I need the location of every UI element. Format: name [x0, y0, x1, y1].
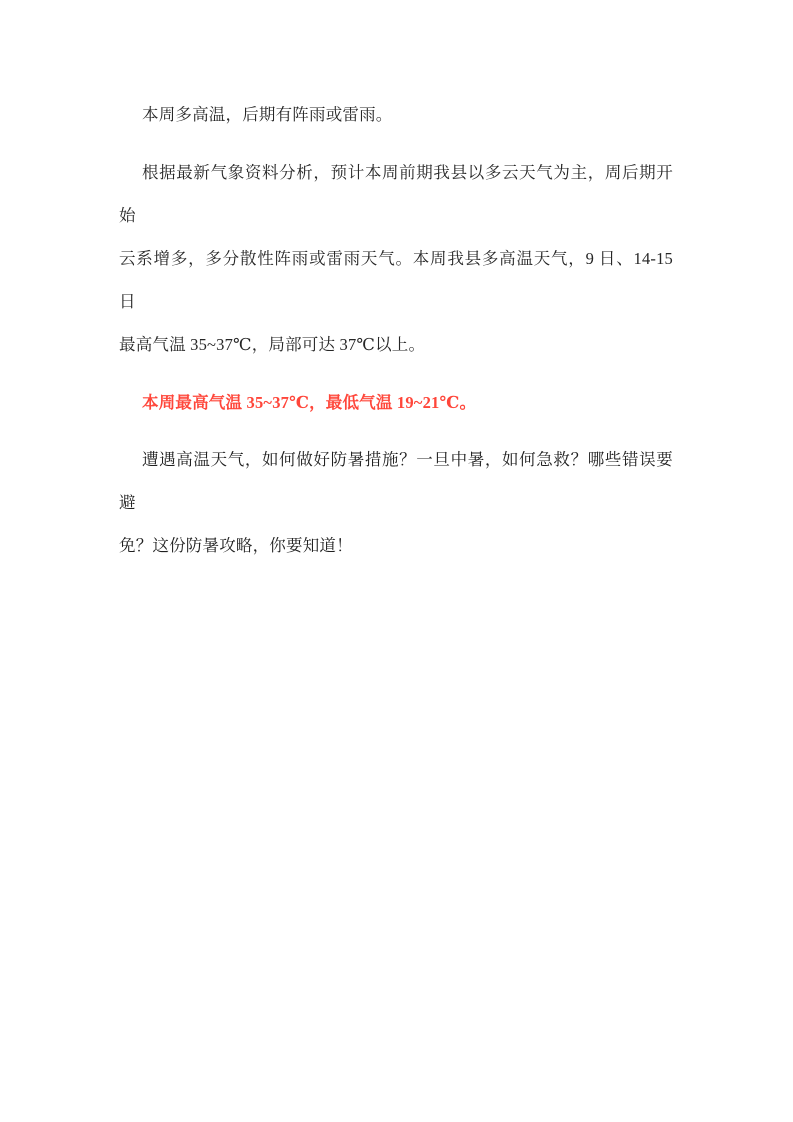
highlighted-text-line: 本周最高气温 35~37℃，最低气温 19~21℃。	[119, 381, 673, 424]
text-line: 根据最新气象资料分析，预计本周前期我县以多云天气为主，周后期开始	[119, 151, 673, 237]
document-page: 本周多高温，后期有阵雨或雷雨。 根据最新气象资料分析，预计本周前期我县以多云天气…	[0, 0, 793, 1122]
document-content: 本周多高温，后期有阵雨或雷雨。 根据最新气象资料分析，预计本周前期我县以多云天气…	[119, 93, 673, 583]
paragraph-weather-summary: 本周多高温，后期有阵雨或雷雨。	[119, 93, 673, 136]
text-line: 最高气温 35~37℃，局部可达 37℃以上。	[119, 323, 673, 366]
text-line: 云系增多，多分散性阵雨或雷雨天气。本周我县多高温天气，9 日、14-15 日	[119, 237, 673, 323]
paragraph-forecast-detail: 根据最新气象资料分析，预计本周前期我县以多云天气为主，周后期开始 云系增多，多分…	[119, 151, 673, 366]
text-line: 免？这份防暑攻略，你要知道！	[119, 525, 673, 568]
paragraph-heat-prevention-intro: 遭遇高温天气，如何做好防暑措施？一旦中暑，如何急救？哪些错误要避 免？这份防暑攻…	[119, 439, 673, 568]
paragraph-temperature-highlight: 本周最高气温 35~37℃，最低气温 19~21℃。	[119, 381, 673, 424]
text-line: 本周多高温，后期有阵雨或雷雨。	[119, 93, 673, 136]
text-line: 遭遇高温天气，如何做好防暑措施？一旦中暑，如何急救？哪些错误要避	[119, 439, 673, 525]
